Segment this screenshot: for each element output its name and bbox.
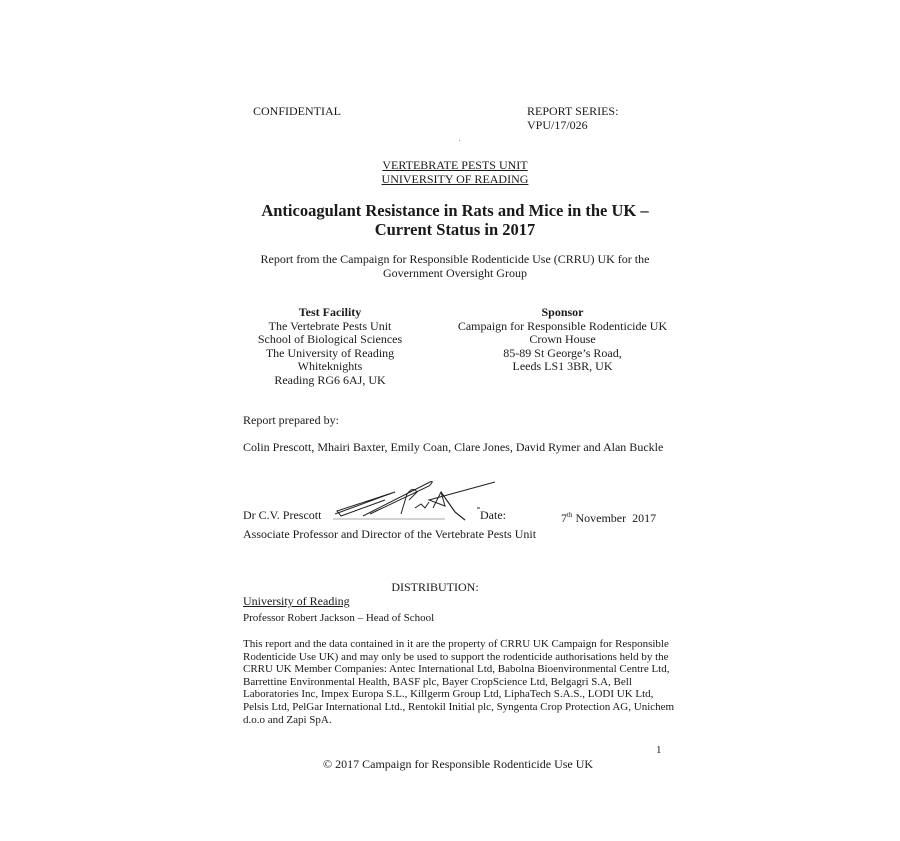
subtitle-line2: Government Oversight Group [200,266,710,280]
prepared-by-label: Report prepared by: [243,413,339,427]
confidential-label: CONFIDENTIAL [253,104,341,118]
distribution-org: University of Reading [243,594,350,608]
signatory-role: Associate Professor and Director of the … [243,527,536,541]
report-series-number: VPU/17/026 [527,118,588,132]
date-label: Date: [480,508,506,522]
test-facility-block: Test Facility The Vertebrate Pests Unit … [240,306,420,387]
authors-list: Colin Prescott, Mhairi Baxter, Emily Coa… [243,440,663,454]
notice-line: Rodenticide Use UK) and may only be used… [243,651,673,664]
scan-speck [459,140,460,141]
document-title-line2: Current Status in 2017 [200,220,710,239]
test-facility-line: School of Biological Sciences [240,333,420,347]
sponsor-line: 85-89 St George’s Road, [450,347,675,361]
signatory-name: Dr C.V. Prescott [243,508,321,522]
test-facility-line: Whiteknights [240,360,420,374]
sponsor-heading: Sponsor [450,306,675,320]
notice-line: This report and the data contained in it… [243,638,673,651]
report-series-label: REPORT SERIES: [527,104,618,118]
notice-line: CRRU UK Member Companies: Antec Internat… [243,663,673,676]
notice-line: Laboratories Inc, Impex Europa S.L., Kil… [243,688,673,701]
test-facility-heading: Test Facility [240,306,420,320]
distribution-recipient: Professor Robert Jackson – Head of Schoo… [243,611,434,625]
document-title-line1: Anticoagulant Resistance in Rats and Mic… [200,201,710,220]
subtitle-line1: Report from the Campaign for Responsible… [200,252,710,266]
notice-line: Pelsis Ltd, PelGar International Ltd., R… [243,701,673,714]
distribution-heading: DISTRIBUTION: [340,580,530,594]
signoff-date: 7th November 2017 [561,508,656,525]
university-name: UNIVERSITY OF READING [300,172,610,186]
sponsor-line: Campaign for Responsible Rodenticide UK [450,320,675,334]
copyright-notice: © 2017 Campaign for Responsible Rodentic… [323,757,593,771]
confidentiality-notice: This report and the data contained in it… [243,638,673,726]
sponsor-line: Crown House [450,333,675,347]
signature-image [325,478,500,523]
notice-line: Barrettine Environmental Health, BASF pl… [243,676,673,689]
test-facility-line: The University of Reading [240,347,420,361]
page-number: 1 [656,743,662,757]
unit-name: VERTEBRATE PESTS UNIT [300,158,610,172]
test-facility-line: Reading RG6 6AJ, UK [240,374,420,388]
notice-line: d.o.o and Zapi SpA. [243,714,673,727]
date-rest: November 2017 [572,511,656,525]
test-facility-line: The Vertebrate Pests Unit [240,320,420,334]
sponsor-block: Sponsor Campaign for Responsible Rodenti… [450,306,675,374]
sponsor-line: Leeds LS1 3BR, UK [450,360,675,374]
